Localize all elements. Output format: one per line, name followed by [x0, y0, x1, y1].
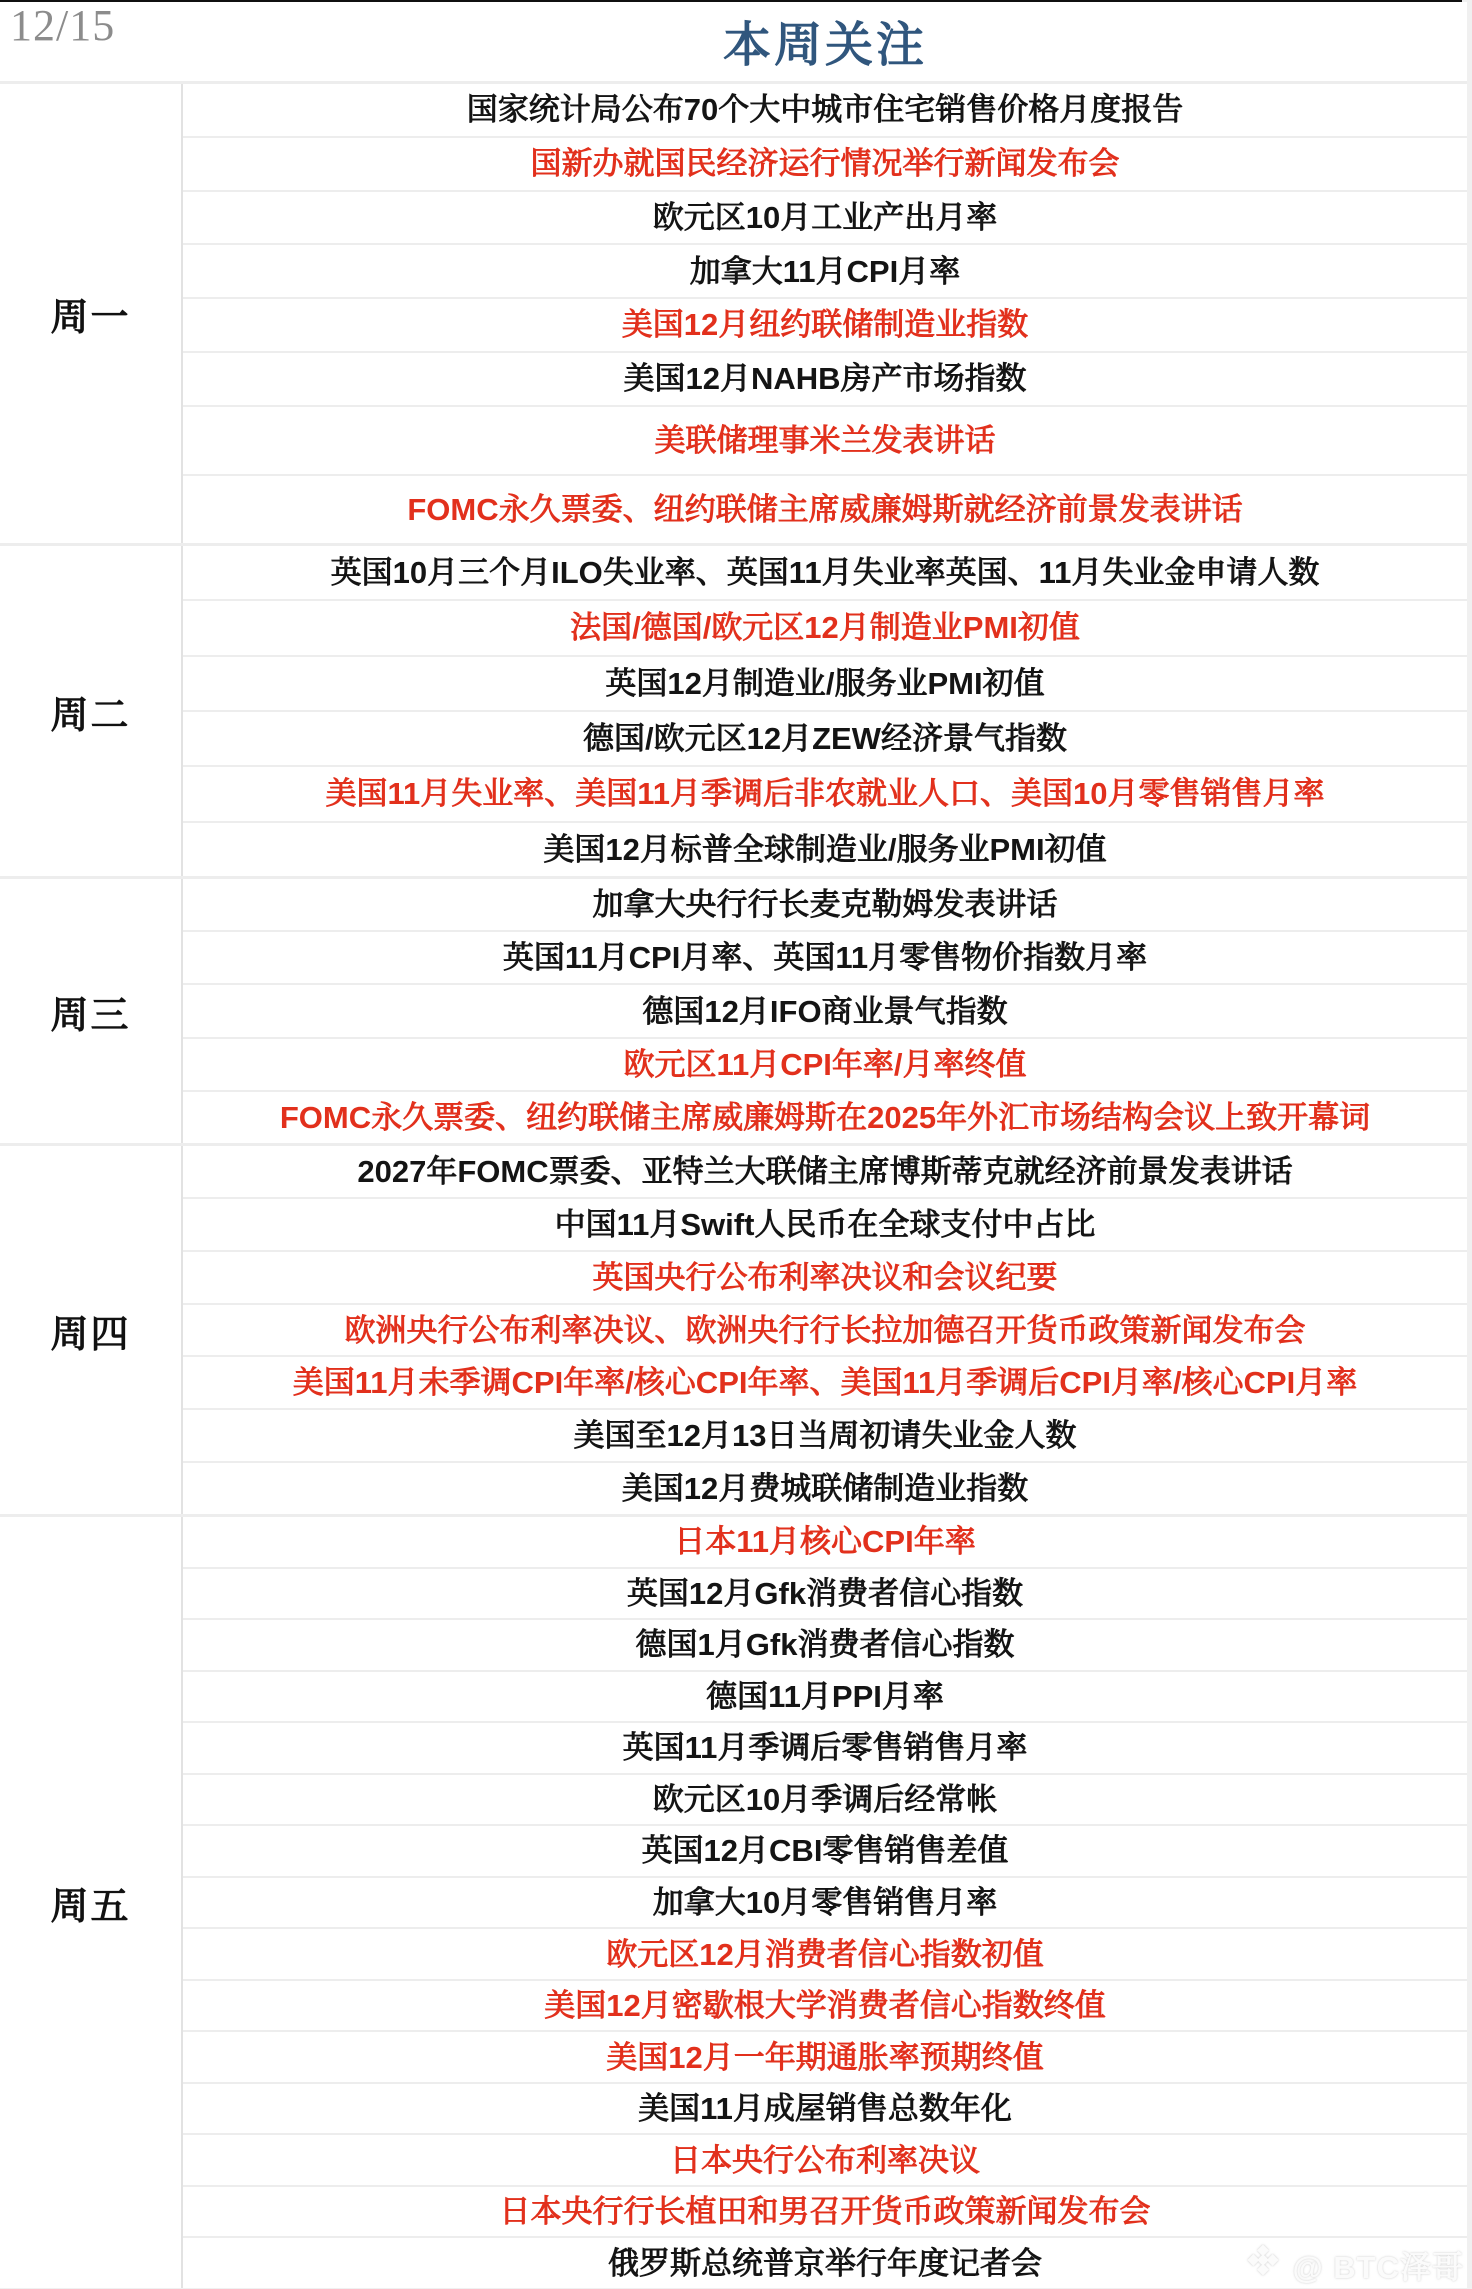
day-cell: 周五 [0, 1517, 183, 2288]
event-text: 英国12月Gfk消费者信心指数 [617, 1578, 1033, 1609]
event-row: 美联储理事米兰发表讲话 [183, 405, 1467, 474]
day-label: 周二 [50, 684, 130, 739]
event-row: 国新办就国民经济运行情况举行新闻发布会 [183, 136, 1467, 190]
event-row: 德国1月Gfk消费者信心指数 [183, 1618, 1467, 1670]
event-text: 美联储理事米兰发表讲话 [645, 425, 1006, 456]
event-row: FOMC永久票委、纽约联储主席威廉姆斯在2025年外汇市场结构会议上致开幕词 [183, 1090, 1467, 1143]
event-text: 美国11月未季调CPI年率/核心CPI年率、美国11月季调后CPI月率/核心CP… [283, 1367, 1367, 1398]
event-rows: 日本11月核心CPI年率英国12月Gfk消费者信心指数德国1月Gfk消费者信心指… [183, 1517, 1467, 2288]
event-row: 法国/德国/欧元区12月制造业PMI初值 [183, 599, 1467, 654]
event-text: 英国10月三个月ILO失业率、英国11月失业率英国、11月失业金申请人数 [321, 557, 1330, 588]
event-row: 德国12月IFO商业景气指数 [183, 983, 1467, 1036]
event-text: 国新办就国民经济运行情况举行新闻发布会 [521, 148, 1130, 179]
day-cell: 周二 [0, 546, 183, 876]
event-text: 德国/欧元区12月ZEW经济景气指数 [573, 723, 1077, 754]
event-text: FOMC永久票委、纽约联储主席威廉姆斯在2025年外汇市场结构会议上致开幕词 [270, 1102, 1380, 1133]
page-header: 12/15 本周关注 [0, 2, 1467, 81]
watermark-text: @ BTC泽哥 [1292, 2242, 1464, 2287]
day-label: 周四 [50, 1303, 130, 1358]
page-title: 本周关注 [183, 6, 1467, 75]
event-text: 日本11月核心CPI年率 [664, 1526, 985, 1557]
event-row: FOMC永久票委、纽约联储主席威廉姆斯就经济前景发表讲话 [183, 474, 1467, 543]
event-row: 日本央行行长植田和男召开货币政策新闻发布会 [183, 2185, 1467, 2237]
event-row: 德国11月PPI月率 [183, 1670, 1467, 1722]
schedule-table: 周一国家统计局公布70个大中城市住宅销售价格月度报告国新办就国民经济运行情况举行… [0, 81, 1467, 2285]
event-rows: 加拿大央行行长麦克勒姆发表讲话英国11月CPI月率、英国11月零售物价指数月率德… [183, 879, 1467, 1143]
event-text: 美国12月密歇根大学消费者信心指数终值 [534, 1990, 1115, 2021]
binance-logo-icon [1246, 2243, 1280, 2285]
event-text: 2027年FOMC票委、亚特兰大联储主席博斯蒂克就经济前景发表讲话 [347, 1156, 1302, 1187]
event-text: 日本央行公布利率决议 [660, 2145, 990, 2176]
day-section: 周四2027年FOMC票委、亚特兰大联储主席博斯蒂克就经济前景发表讲话中国11月… [0, 1146, 1467, 1517]
event-text: FOMC永久票委、纽约联储主席威廉姆斯就经济前景发表讲话 [397, 494, 1252, 525]
day-section: 周一国家统计局公布70个大中城市住宅销售价格月度报告国新办就国民经济运行情况举行… [0, 84, 1467, 546]
event-row: 国家统计局公布70个大中城市住宅销售价格月度报告 [183, 84, 1467, 136]
event-row: 加拿大央行行长麦克勒姆发表讲话 [183, 879, 1467, 930]
event-text: 欧元区12月消费者信心指数初值 [596, 1939, 1053, 1970]
event-text: 美国12月一年期通胀率预期终值 [596, 2042, 1053, 2073]
event-row: 欧元区12月消费者信心指数初值 [183, 1927, 1467, 1979]
day-section: 周五日本11月核心CPI年率英国12月Gfk消费者信心指数德国1月Gfk消费者信… [0, 1517, 1467, 2288]
event-row: 美国12月一年期通胀率预期终值 [183, 2030, 1467, 2082]
event-row: 英国10月三个月ILO失业率、英国11月失业率英国、11月失业金申请人数 [183, 546, 1467, 599]
event-row: 欧元区10月工业产出月率 [183, 190, 1467, 244]
event-text: 中国11月Swift人民币在全球支付中占比 [545, 1209, 1106, 1240]
event-row: 美国至12月13日当周初请失业金人数 [183, 1408, 1467, 1461]
event-row: 中国11月Swift人民币在全球支付中占比 [183, 1197, 1467, 1250]
event-row: 欧洲央行公布利率决议、欧洲央行行长拉加德召开货币政策新闻发布会 [183, 1303, 1467, 1356]
event-row: 英国12月Gfk消费者信心指数 [183, 1567, 1467, 1619]
event-row: 英国12月CBI零售销售差值 [183, 1824, 1467, 1876]
day-label: 周一 [50, 286, 130, 341]
event-text: 美国11月失业率、美国11月季调后非农就业人口、美国10月零售销售月率 [315, 778, 1334, 809]
event-row: 加拿大11月CPI月率 [183, 243, 1467, 297]
event-row: 美国12月费城联储制造业指数 [183, 1461, 1467, 1514]
event-row: 英国11月CPI月率、英国11月零售物价指数月率 [183, 930, 1467, 983]
event-row: 美国11月未季调CPI年率/核心CPI年率、美国11月季调后CPI月率/核心CP… [183, 1355, 1467, 1408]
day-cell: 周一 [0, 84, 183, 543]
event-text: 美国11月成屋销售总数年化 [628, 2093, 1022, 2124]
event-text: 英国12月CBI零售销售差值 [632, 1835, 1019, 1866]
event-text: 美国12月纽约联储制造业指数 [612, 309, 1038, 340]
event-text: 英国12月制造业/服务业PMI初值 [595, 668, 1054, 699]
event-text: 德国12月IFO商业景气指数 [632, 996, 1017, 1027]
day-label: 周三 [50, 984, 130, 1039]
watermark: @ BTC泽哥 [1246, 2241, 1464, 2287]
event-rows: 英国10月三个月ILO失业率、英国11月失业率英国、11月失业金申请人数法国/德… [183, 546, 1467, 876]
event-row: 欧元区11月CPI年率/月率终值 [183, 1037, 1467, 1090]
day-section: 周二英国10月三个月ILO失业率、英国11月失业率英国、11月失业金申请人数法国… [0, 546, 1467, 879]
event-row: 英国11月季调后零售销售月率 [183, 1721, 1467, 1773]
event-text: 俄罗斯总统普京举行年度记者会 [598, 2248, 1052, 2279]
event-row: 欧元区10月季调后经常帐 [183, 1773, 1467, 1825]
event-text: 英国央行公布利率决议和会议纪要 [583, 1262, 1068, 1293]
event-text: 欧元区11月CPI年率/月率终值 [613, 1049, 1036, 1080]
event-text: 美国至12月13日当周初请失业金人数 [564, 1420, 1087, 1451]
event-row: 美国12月纽约联储制造业指数 [183, 297, 1467, 351]
event-row: 加拿大10月零售销售月率 [183, 1876, 1467, 1928]
event-rows: 国家统计局公布70个大中城市住宅销售价格月度报告国新办就国民经济运行情况举行新闻… [183, 84, 1467, 543]
page-date: 12/15 [10, 0, 115, 51]
event-text: 加拿大10月零售销售月率 [643, 1887, 1007, 1918]
day-section: 周三加拿大央行行长麦克勒姆发表讲话英国11月CPI月率、英国11月零售物价指数月… [0, 879, 1467, 1146]
event-text: 加拿大11月CPI月率 [680, 256, 970, 287]
event-text: 日本央行行长植田和男召开货币政策新闻发布会 [490, 2196, 1161, 2227]
day-cell: 周四 [0, 1146, 183, 1514]
event-row: 美国11月成屋销售总数年化 [183, 2082, 1467, 2134]
event-text: 欧元区10月季调后经常帐 [643, 1784, 1007, 1815]
event-row: 日本11月核心CPI年率 [183, 1517, 1467, 1567]
day-cell: 周三 [0, 879, 183, 1143]
event-text: 英国11月季调后零售销售月率 [613, 1732, 1038, 1763]
event-row: 美国12月密歇根大学消费者信心指数终值 [183, 1979, 1467, 2031]
event-text: 美国12月标普全球制造业/服务业PMI初值 [533, 834, 1116, 865]
event-text: 欧洲央行公布利率决议、欧洲央行行长拉加德召开货币政策新闻发布会 [335, 1315, 1316, 1346]
event-text: 德国11月PPI月率 [696, 1681, 954, 1712]
event-row: 日本央行公布利率决议 [183, 2133, 1467, 2185]
event-text: 欧元区10月工业产出月率 [643, 202, 1007, 233]
event-text: 英国11月CPI月率、英国11月零售物价指数月率 [493, 942, 1157, 973]
event-text: 法国/德国/欧元区12月制造业PMI初值 [560, 612, 1090, 643]
day-label: 周五 [50, 1875, 130, 1930]
event-row: 英国12月制造业/服务业PMI初值 [183, 655, 1467, 710]
event-row: 英国央行公布利率决议和会议纪要 [183, 1250, 1467, 1303]
event-row: 美国12月NAHB房产市场指数 [183, 351, 1467, 405]
event-text: 美国12月NAHB房产市场指数 [613, 363, 1036, 394]
event-row: 美国12月标普全球制造业/服务业PMI初值 [183, 821, 1467, 876]
event-text: 德国1月Gfk消费者信心指数 [626, 1629, 1025, 1660]
event-text: 国家统计局公布70个大中城市住宅销售价格月度报告 [457, 94, 1193, 125]
event-rows: 2027年FOMC票委、亚特兰大联储主席博斯蒂克就经济前景发表讲话中国11月Sw… [183, 1146, 1467, 1514]
event-row: 德国/欧元区12月ZEW经济景气指数 [183, 710, 1467, 765]
event-text: 加拿大央行行长麦克勒姆发表讲话 [583, 889, 1068, 920]
event-row: 美国11月失业率、美国11月季调后非农就业人口、美国10月零售销售月率 [183, 765, 1467, 820]
event-row: 2027年FOMC票委、亚特兰大联储主席博斯蒂克就经济前景发表讲话 [183, 1146, 1467, 1197]
event-text: 美国12月费城联储制造业指数 [612, 1473, 1038, 1504]
